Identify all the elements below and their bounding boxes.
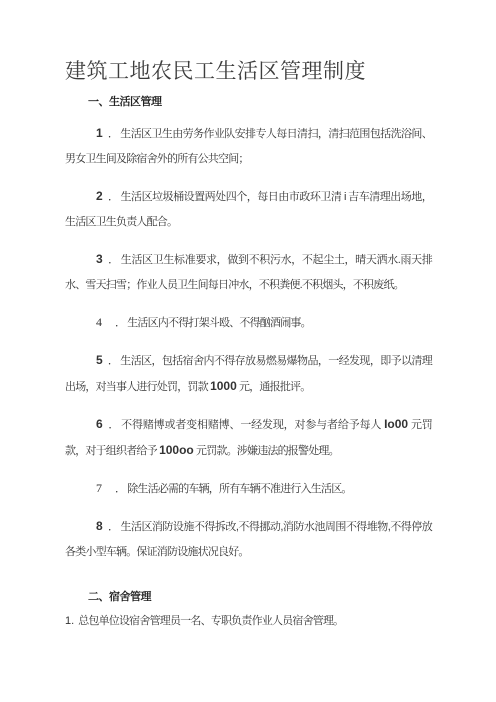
rule-item: 3．生活区卫生标准要求，做到不积污水，不起尘土，晴天洒水.雨天排水、雪天扫雪；作… [65,247,432,298]
rule-item: 1．生活区卫生由劳务作业队安排专人每日清扫，清扫范围包括洗浴间、男女卫生间及除宿… [65,121,432,172]
item-text: 元，通报批评。 [237,381,311,393]
rule-item: 7．除生活必需的车辆，所有车辆不准进行入生活区。 [65,476,432,502]
rule-item: 4．生活区内不得打架斗殴、不得酗酒闹事。 [65,310,432,336]
item-number: 4 [96,315,102,329]
item-text: 生活区消防设施不得拆改,不得挪动,消防水池周围不得堆物,不得停放各类小型车辆。保… [65,521,432,558]
item-number: 3 [96,252,103,266]
item-text: 生活区卫生由劳务作业队安排专人每日清扫，清扫范围包括洗浴间、男女卫生间及除宿舍外… [65,128,432,165]
item-separator: ． [108,419,119,431]
document-page: 建筑工地农民工生活区管理制度 一、生活区管理 1．生活区卫生由劳务作业队安排专人… [0,0,496,702]
item-text: 生活区卫生标准要求，做到不积污水，不起尘土，晴天洒水.雨天排水、雪天扫雪；作业人… [65,254,432,291]
fine-amount: 1000 [210,379,237,393]
item-number: 7 [96,481,102,495]
item-number: 6 [96,417,103,431]
item-separator: ． [115,483,125,495]
item-text: 总包单位设宿舍管理员一名、专职负责作业人员宿舍管理。 [78,615,343,627]
item-separator: ． [108,355,119,367]
item-separator: ． [108,128,119,140]
rule-item: 8．生活区消防设施不得拆改,不得挪动,消防水池周围不得堆物,不得停放各类小型车辆… [65,514,432,565]
item-separator: ． [108,254,119,266]
item-number: 8 [96,519,103,533]
section-heading: 二、宿舍管理 [88,591,432,603]
item-number: 5 [96,353,103,367]
rule-item: 2．生活区垃圾桶设置两处四个，每日由市政环卫清 i 吉车清理出场地，生活区卫生负… [65,184,432,235]
item-number: 1 [96,126,103,140]
item-separator: ． [115,317,125,329]
fine-amount: 100oo [159,443,194,457]
item-text: 元罚款。涉嫌违法的报警处理。 [194,445,339,457]
fine-amount: Io00 [384,417,408,431]
section-living-area-management: 一、生活区管理 1．生活区卫生由劳务作业队安排专人每日清扫，清扫范围包括洗浴间、… [65,96,432,565]
document-title: 建筑工地农民工生活区管理制度 [65,58,432,84]
item-number: 1. [65,615,74,627]
item-separator: ． [108,521,119,533]
item-text: 生活区垃圾桶设置两处四个，每日由市政环卫清 i 吉车清理出场地，生活区卫生负责人… [65,191,432,228]
section-heading: 一、生活区管理 [88,96,432,108]
rule-item: 5．生活区，包括宿舍内不得存放易燃易爆物品，一经发现，即予以清理出场，对当事人进… [65,348,432,400]
rule-item: 1.总包单位设宿舍管理员一名、专职负责作业人员宿舍管理。 [65,609,432,634]
section-dormitory-management: 二、宿舍管理 1.总包单位设宿舍管理员一名、专职负责作业人员宿舍管理。 [65,591,432,634]
rule-item: 6．不得赌博或者变相赌博、一经发现，对参与者给予每人 Io00 元罚款，对于组织… [65,412,432,464]
item-text: 生活区内不得打架斗殴、不得酗酒闹事。 [127,317,311,329]
item-text: 除生活必需的车辆，所有车辆不准进行入生活区。 [127,483,351,495]
item-separator: ． [108,191,119,203]
item-text: 不得赌博或者变相赌博、一经发现，对参与者给予每人 [121,419,384,431]
item-number: 2 [96,189,103,203]
